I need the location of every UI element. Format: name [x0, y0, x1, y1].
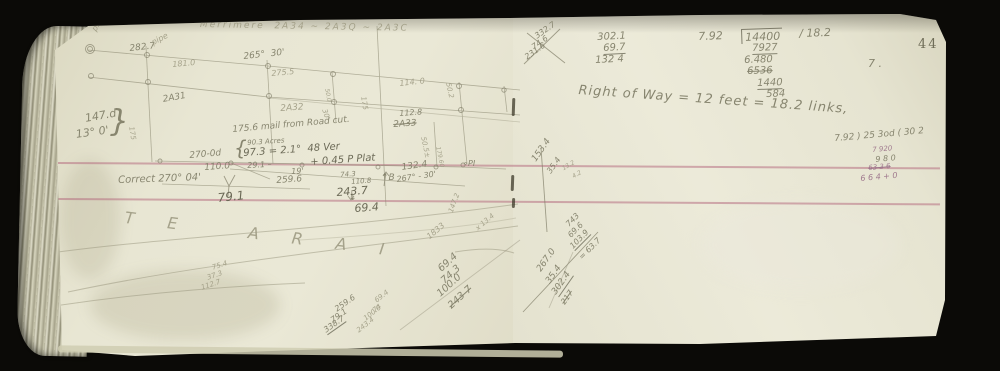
- binding-stitch: [511, 175, 515, 191]
- handwriting-annotation: 110.0: [204, 161, 230, 173]
- handwriting-annotation: 6.480: [744, 54, 773, 66]
- handwriting-annotation: }: [110, 104, 129, 139]
- handwriting-annotation: 6536: [747, 65, 773, 77]
- handwriting-annotation: ∘PI: [463, 159, 475, 168]
- handwriting-annotation: 7 .: [868, 57, 882, 70]
- handwriting-annotation: 79.1: [217, 188, 245, 205]
- strike-and-misc-lines: [400, 29, 598, 330]
- handwriting-annotation: / 18.2: [799, 26, 831, 40]
- handwriting-annotation: 7927: [752, 42, 778, 55]
- handwriting-annotation: 132 4: [595, 54, 624, 66]
- handwriting-annotation: ↑B: [381, 173, 395, 183]
- handwriting-annotation: 2A32: [280, 102, 304, 114]
- survey-sketch: [0, 0, 1000, 371]
- binding-stitch: [512, 198, 515, 208]
- notebook-photo: pipe282.7pipeMerrimere 2A34 ~ 2A3Q ~ 2A3…: [0, 0, 1000, 371]
- binding-stitch: [512, 98, 516, 116]
- handwriting-annotation: 69.4: [354, 200, 379, 215]
- handwriting-annotation: 29.1 –: [247, 160, 272, 170]
- handwriting-annotation: 2A33: [393, 118, 417, 130]
- page-number: 44: [918, 37, 939, 52]
- handwriting-annotation: 112.8: [399, 107, 422, 118]
- handwriting-annotation: 259.6: [276, 174, 302, 186]
- book-spread: pipe282.7pipeMerrimere 2A34 ~ 2A3Q ~ 2A3…: [0, 0, 1000, 371]
- handwriting-annotation: 7.92: [698, 29, 723, 43]
